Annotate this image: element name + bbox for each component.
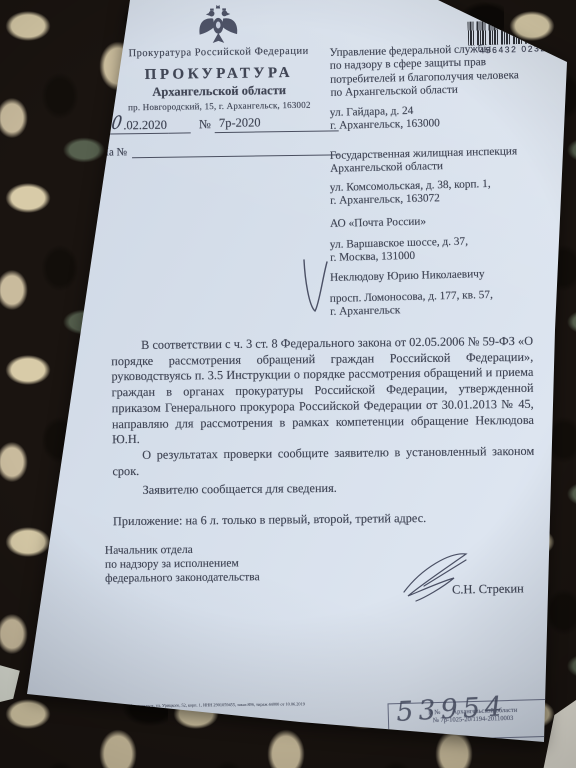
org-parent-line: Прокуратура Российской Федерации [100, 45, 338, 59]
paper-wrapper: Прокуратура Российской Федерации ПРОКУРА… [0, 0, 576, 768]
date-printed: .02.2020 [122, 118, 169, 134]
recipient-2-name: Государственная жилищная инспекция Архан… [330, 144, 569, 177]
attachment-note: Приложение: на 6 л. только в первый, вто… [113, 510, 535, 530]
reference-label: На № [101, 146, 127, 158]
recipient-3-name: АО «Почта России» [330, 212, 568, 231]
signer-name: С.Н. Стрекин [452, 581, 524, 597]
document-content: Прокуратура Российской Федерации ПРОКУРА… [0, 0, 576, 768]
handwritten-checkmark-icon [300, 258, 330, 316]
photo-scene: Прокуратура Российской Федерации ПРОКУРА… [0, 0, 576, 768]
number-label: № [199, 117, 211, 133]
letter-body: В соответствии с ч. 3 ст. 8 Федерального… [111, 334, 535, 530]
org-region: Архангельской области [100, 82, 338, 100]
handwritten-day: 10 [100, 116, 122, 132]
letterhead: Прокуратура Российской Федерации ПРОКУРА… [99, 2, 339, 158]
body-paragraph-1: В соответствии с ч. 3 ст. 8 Федерального… [111, 334, 534, 448]
recipient-3-address: ул. Варшавское шоссе, д. 37, г. Москва, … [330, 233, 569, 266]
recipient-1-name: Управление федеральной службы по надзору… [329, 41, 568, 100]
document-page: Прокуратура Российской Федерации ПРОКУРА… [0, 0, 576, 768]
body-paragraph-2: О результатах проверки сообщите заявител… [112, 444, 534, 480]
date-number-line: 10.02.2020 № 7р-2020 [101, 114, 339, 134]
outgoing-number: 7р-2020 [215, 114, 339, 133]
recipient-1-address: ул. Гайдара, д. 24 г. Архангельск, 16300… [330, 101, 569, 134]
body-paragraph-3: Заявителю сообщается для сведения. [113, 479, 535, 499]
reference-underline [132, 154, 339, 158]
org-name: ПРОКУРАТУРА [100, 64, 338, 84]
date-underline [169, 132, 191, 133]
signer-title: Начальник отдела по надзору за исполнени… [105, 542, 260, 586]
recipient-4-address: просп. Ломоносова, д. 177, кв. 57, г. Ар… [330, 287, 569, 320]
handwritten-stamp-number: 53954 [394, 691, 509, 728]
recipient-2-address: ул. Комсомольская, д. 38, корп. 1, г. Ар… [330, 176, 569, 209]
date-group: 10.02.2020 [101, 118, 170, 135]
coat-of-arms-eagle-icon [195, 4, 242, 47]
reference-line: На № [101, 143, 339, 158]
org-address: пр. Новгородский, 15, г. Архангельск, 16… [100, 99, 338, 112]
print-shop-note: ООО «Гефест», г. Архангельск, ул. Урицко… [97, 695, 417, 708]
recipient-4-name: Неклюдову Юрию Николаевичу [330, 266, 568, 285]
